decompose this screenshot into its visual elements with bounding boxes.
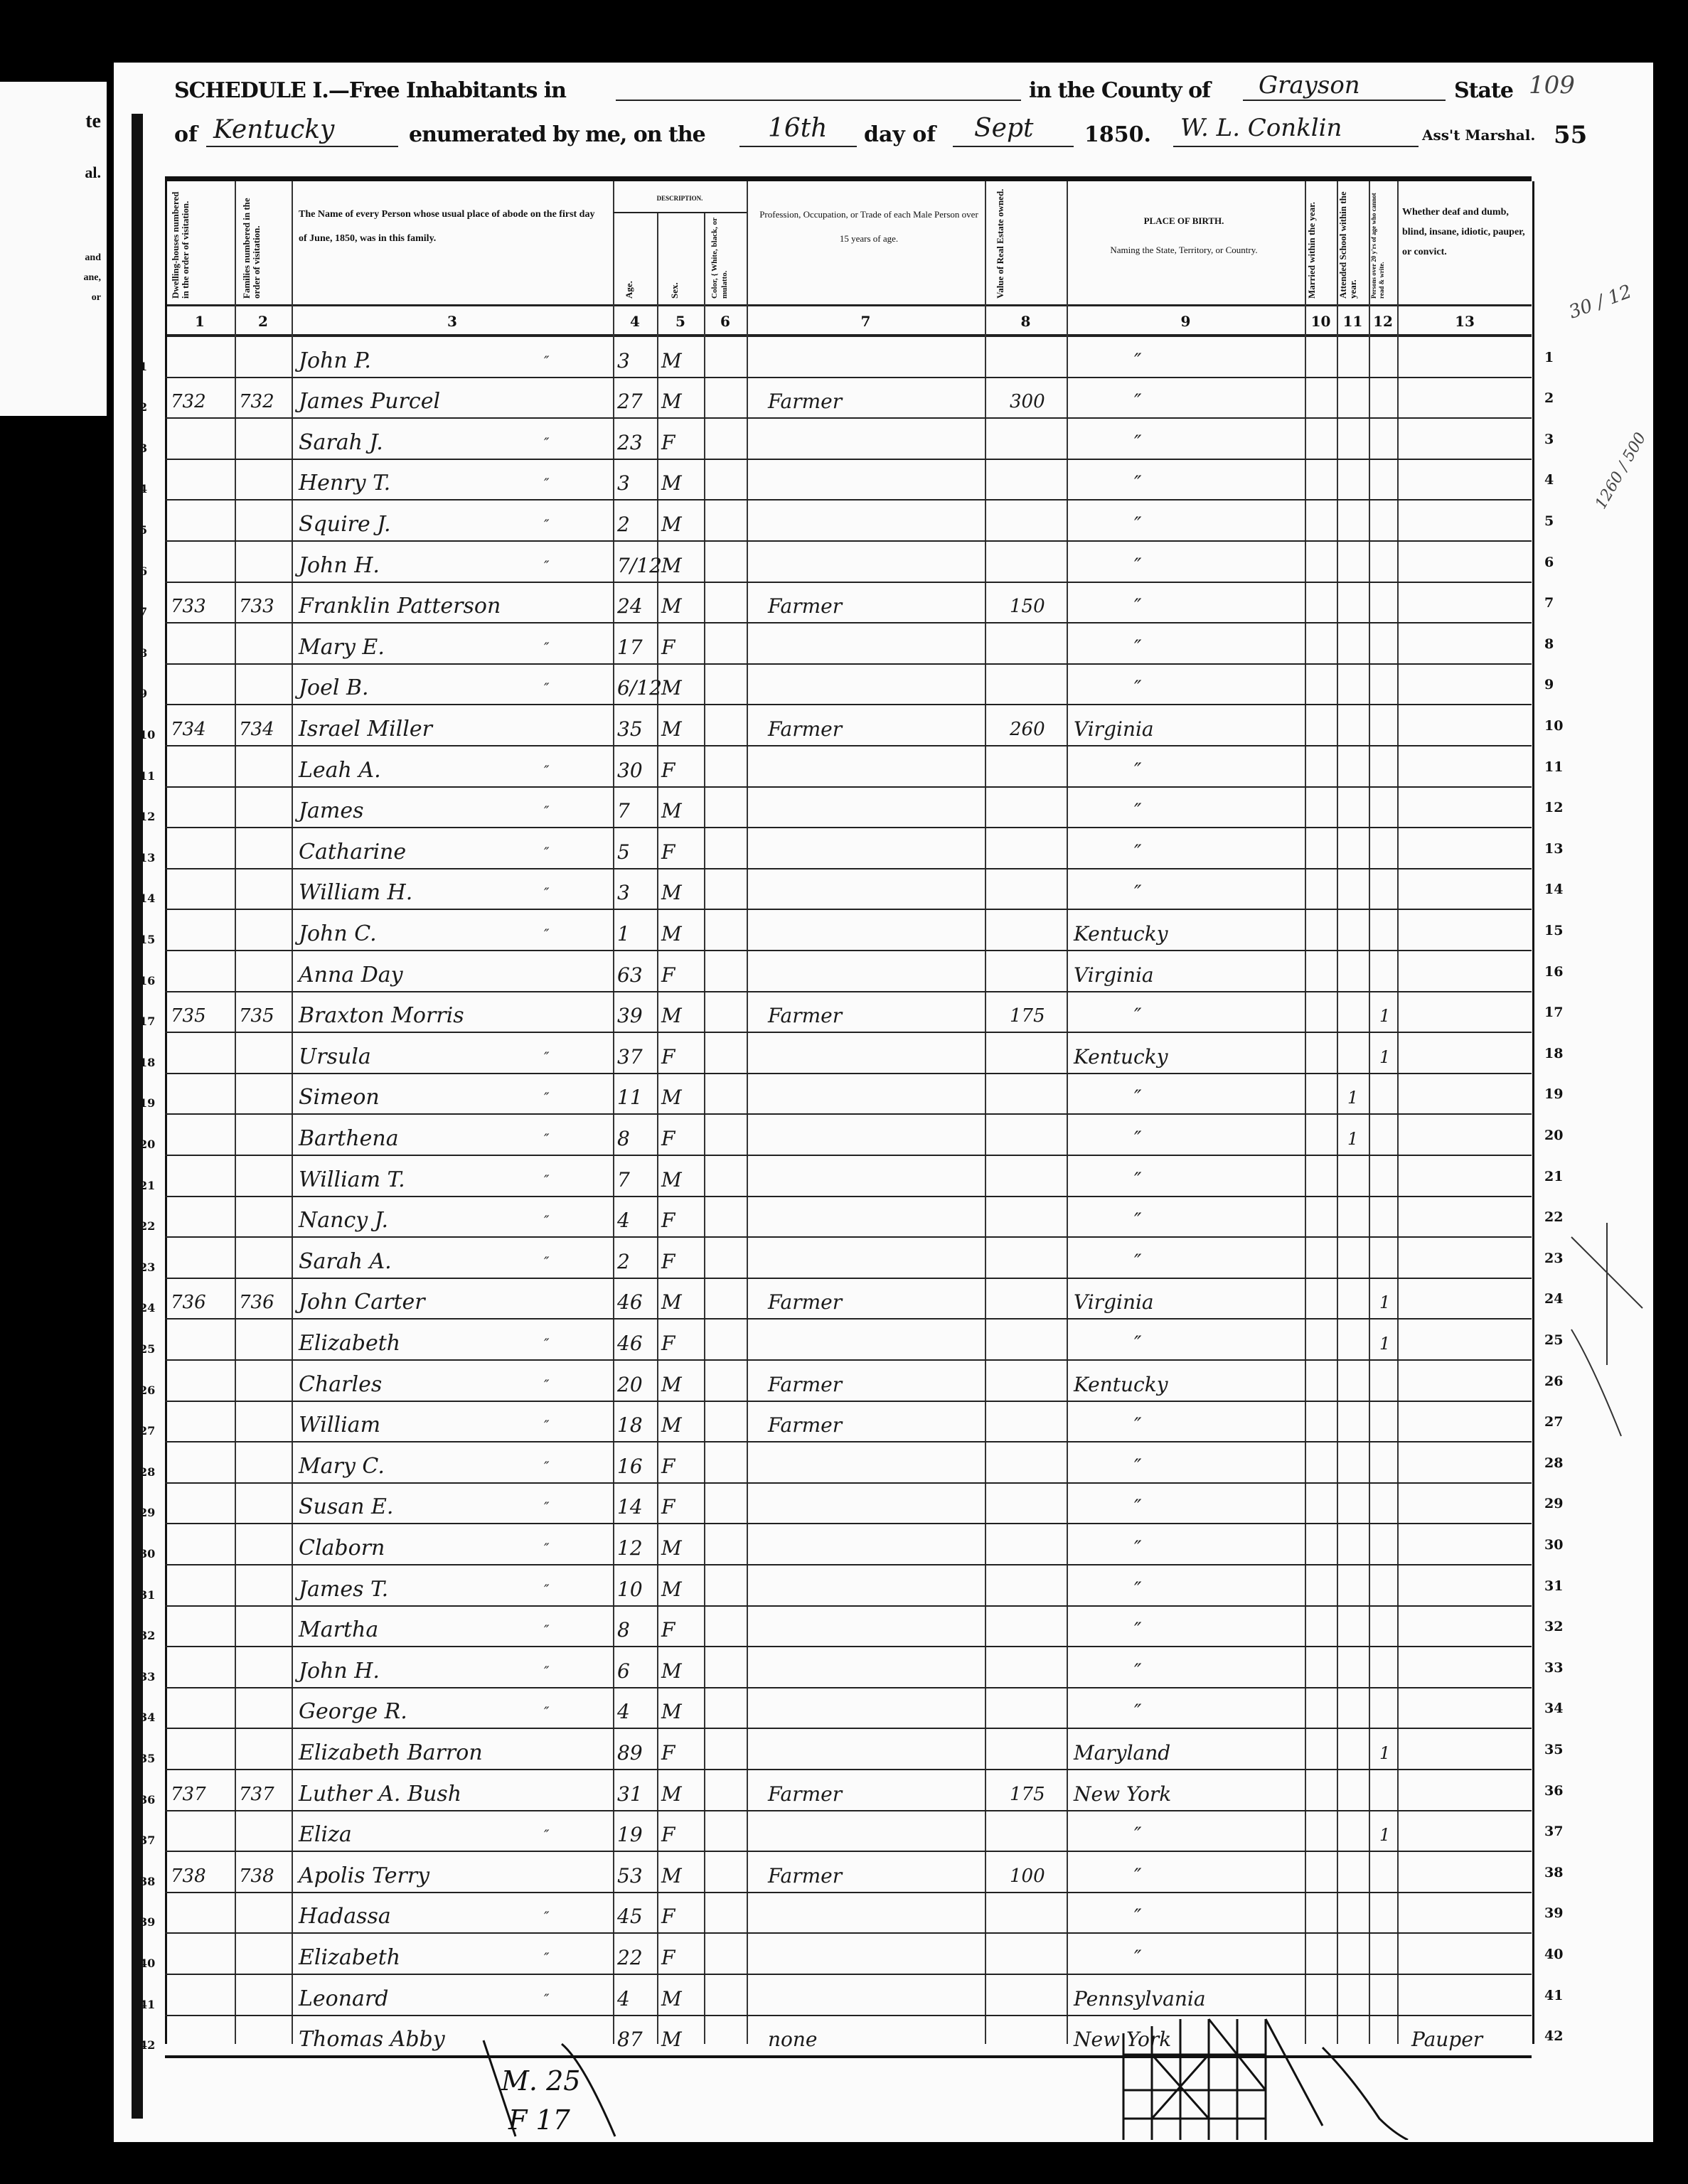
line-number-right: 38 <box>1544 1865 1563 1880</box>
day-of-label: day of <box>864 122 936 147</box>
age: 24 <box>617 592 643 621</box>
col12-header: Persons over 20 y'rs of age who cannot r… <box>1370 188 1396 299</box>
sex: M <box>661 510 682 539</box>
person-name: Eliza <box>299 1821 352 1849</box>
col10-header: Married within the year. <box>1307 188 1335 299</box>
surname-ditto: ″ <box>544 347 549 375</box>
person-name: Susan E. <box>299 1493 393 1521</box>
person-name: John C. <box>299 920 377 948</box>
person-name: Simeon <box>299 1083 380 1112</box>
header-bottom-rule <box>165 304 1532 306</box>
row-rule <box>165 540 1532 542</box>
illiterate-mark: 1 <box>1379 1821 1390 1849</box>
line-number-right: 10 <box>1544 718 1563 734</box>
person-name: Leah A. <box>299 756 381 785</box>
age: 6 <box>617 1657 630 1686</box>
row-rule <box>165 1359 1532 1361</box>
row-rule <box>165 1278 1532 1279</box>
marshal-label: Ass't Marshal. <box>1422 127 1535 144</box>
age: 2 <box>617 510 630 539</box>
birthplace: ″ <box>1134 1248 1141 1276</box>
line-number-right: 23 <box>1544 1251 1563 1266</box>
month-blank <box>953 146 1074 147</box>
day-value: 16th <box>768 114 827 143</box>
birthplace: Pennsylvania <box>1074 1985 1206 2013</box>
occupation: Farmer <box>768 1780 842 1809</box>
state-blank <box>206 146 398 147</box>
line-number-left: 8 <box>139 646 147 660</box>
sex: F <box>661 429 675 457</box>
surname-ditto: ″ <box>544 1616 549 1644</box>
line-number-right: 35 <box>1544 1742 1563 1757</box>
sex: M <box>661 1371 682 1399</box>
row-rule <box>165 1974 1532 1975</box>
sex: M <box>661 1575 682 1604</box>
marshal-blank <box>1173 146 1419 147</box>
person-name: James <box>299 797 364 825</box>
description-rule <box>613 212 747 213</box>
col5-header: Sex. <box>670 263 687 299</box>
person-name: Elizabeth <box>299 1944 400 1972</box>
person-name: Barthena <box>299 1125 399 1153</box>
column-number: 9 <box>1067 313 1305 330</box>
person-name: Ursula <box>299 1043 371 1071</box>
person-name: Franklin Patterson <box>299 592 501 621</box>
birthplace: ″ <box>1134 1616 1141 1644</box>
row-rule <box>165 1073 1532 1074</box>
month-value: Sept <box>974 114 1033 143</box>
description-header: DESCRIPTION. <box>613 191 747 206</box>
age: 16 <box>617 1452 643 1481</box>
column-number: 12 <box>1369 313 1397 330</box>
birthplace: ″ <box>1134 510 1141 539</box>
line-number-right: 13 <box>1544 841 1563 857</box>
surname-ditto: ″ <box>544 1534 549 1563</box>
line-number-right: 24 <box>1544 1291 1563 1307</box>
col2-header: Families numbered in the order of visita… <box>242 188 284 299</box>
family-number: 733 <box>239 592 274 621</box>
person-name: John H. <box>299 1657 380 1686</box>
sex: F <box>661 1329 675 1358</box>
school-mark: 1 <box>1347 1125 1358 1153</box>
line-number-left: 42 <box>139 2038 155 2052</box>
birthplace: ″ <box>1134 1944 1141 1972</box>
row-rule <box>165 459 1532 460</box>
surname-ditto: ″ <box>544 510 549 539</box>
age: 30 <box>617 756 643 785</box>
column-divider <box>292 181 293 2044</box>
line-number-left: 39 <box>139 1915 155 1929</box>
birthplace: ″ <box>1134 1452 1141 1481</box>
row-rule <box>165 1646 1532 1647</box>
surname-ditto: ″ <box>544 838 549 867</box>
birthplace: Kentucky <box>1074 1371 1168 1399</box>
line-number-left: 1 <box>139 360 147 373</box>
line-number-left: 18 <box>139 1056 155 1069</box>
col3-header: The Name of every Person whose usual pla… <box>299 203 604 251</box>
family-number: 736 <box>239 1288 274 1317</box>
line-number-right: 30 <box>1544 1537 1563 1553</box>
column-divider <box>1337 181 1338 2044</box>
birthplace: ″ <box>1134 633 1141 662</box>
line-number-right: 25 <box>1544 1332 1563 1348</box>
birthplace: ″ <box>1134 1002 1141 1030</box>
age: 23 <box>617 429 643 457</box>
line-number-left: 2 <box>139 400 147 414</box>
sex: F <box>661 1125 675 1153</box>
line-number-left: 28 <box>139 1465 155 1479</box>
occupation: Farmer <box>768 1288 842 1317</box>
age: 53 <box>617 1862 643 1890</box>
age: 31 <box>617 1780 643 1809</box>
person-name: Anna Day <box>299 961 403 990</box>
person-name: John P. <box>299 347 371 375</box>
row-rule <box>165 1810 1532 1811</box>
county-value: Grayson <box>1259 71 1360 100</box>
line-number-right: 20 <box>1544 1128 1563 1143</box>
birthplace: Virginia <box>1074 961 1154 990</box>
sex: F <box>661 1493 675 1521</box>
stub-text-4: ane, <box>84 272 102 284</box>
column-number: 10 <box>1305 313 1337 330</box>
occupation: Farmer <box>768 592 842 621</box>
row-rule <box>165 1728 1532 1729</box>
sex: F <box>661 1452 675 1481</box>
occupation: Farmer <box>768 1411 842 1440</box>
age: 14 <box>617 1493 643 1521</box>
age: 27 <box>617 387 643 416</box>
surname-ditto: ″ <box>544 1371 549 1399</box>
person-name: Martha <box>299 1616 378 1644</box>
row-rule <box>165 786 1532 788</box>
occupation: Farmer <box>768 1002 842 1030</box>
col9-header: Naming the State, Territory, or Country. <box>1109 238 1259 262</box>
line-number-left: 9 <box>139 687 147 700</box>
occupation: Farmer <box>768 1862 842 1890</box>
age: 1 <box>617 920 630 948</box>
row-rule <box>165 868 1532 869</box>
page-binding <box>132 114 143 2119</box>
age: 7 <box>617 797 630 825</box>
sex: M <box>661 1288 682 1317</box>
school-mark: 1 <box>1347 1083 1358 1112</box>
sex: M <box>661 674 682 702</box>
line-number-left: 19 <box>139 1096 155 1110</box>
line-number-left: 32 <box>139 1629 155 1642</box>
sex: F <box>661 1944 675 1972</box>
age: 4 <box>617 1206 630 1235</box>
line-number-left: 7 <box>139 605 147 619</box>
age: 10 <box>617 1575 643 1604</box>
dwelling-number: 738 <box>171 1862 206 1890</box>
line-number-right: 12 <box>1544 800 1563 815</box>
stamped-number: 109 <box>1529 71 1575 100</box>
sex: M <box>661 1083 682 1112</box>
occupation: Farmer <box>768 387 842 416</box>
row-rule <box>165 1401 1532 1402</box>
column-number: 3 <box>292 313 613 330</box>
line-number-left: 31 <box>139 1588 155 1602</box>
line-number-right: 9 <box>1544 677 1554 692</box>
surname-ditto: ″ <box>544 1083 549 1112</box>
row-rule <box>165 991 1532 992</box>
line-number-left: 30 <box>139 1547 155 1561</box>
line-number-left: 5 <box>139 523 147 537</box>
line-number-left: 3 <box>139 441 147 455</box>
surname-ditto: ″ <box>544 1493 549 1521</box>
birthplace: ″ <box>1134 1083 1141 1112</box>
row-rule <box>165 663 1532 665</box>
right-margin-sketch <box>1564 1223 1650 1457</box>
birthplace: ″ <box>1134 797 1141 825</box>
birthplace: ″ <box>1134 674 1141 702</box>
line-number-right: 18 <box>1544 1046 1563 1061</box>
age: 63 <box>617 961 643 990</box>
age: 12 <box>617 1534 643 1563</box>
birthplace: ″ <box>1134 1411 1141 1440</box>
row-rule <box>165 1196 1532 1197</box>
col1-header: Dwelling-houses numbered in the order of… <box>171 188 228 299</box>
inhabitants-in-blank <box>616 100 1021 101</box>
age: 3 <box>617 469 630 498</box>
line-number-left: 16 <box>139 974 155 987</box>
col7-header: Profession, Occupation, or Trade of each… <box>755 203 983 251</box>
row-rule <box>165 622 1532 623</box>
age: 18 <box>617 1411 643 1440</box>
col11-header: Attended School within the year. <box>1338 188 1367 299</box>
person-name: George R. <box>299 1698 407 1726</box>
age: 45 <box>617 1902 643 1931</box>
sex: M <box>661 1534 682 1563</box>
surname-ditto: ″ <box>544 1329 549 1358</box>
age: 8 <box>617 1616 630 1644</box>
line-number-right: 1 <box>1544 350 1554 365</box>
line-number-right: 41 <box>1544 1988 1563 2003</box>
person-name: Hadassa <box>299 1902 391 1931</box>
birthplace: New York <box>1074 1780 1171 1809</box>
line-number-left: 14 <box>139 892 155 905</box>
person-name: Charles <box>299 1371 382 1399</box>
person-name: Mary C. <box>299 1452 385 1481</box>
line-number-left: 21 <box>139 1179 155 1192</box>
column-divider <box>165 181 167 2044</box>
row-rule <box>165 1564 1532 1565</box>
line-number-left: 40 <box>139 1956 155 1970</box>
surname-ditto: ″ <box>544 1206 549 1235</box>
person-name: Mary E. <box>299 633 385 662</box>
person-name: James T. <box>299 1575 388 1604</box>
row-rule <box>165 1032 1532 1033</box>
birthplace: Virginia <box>1074 715 1154 744</box>
birthplace: Kentucky <box>1074 920 1168 948</box>
age: 2 <box>617 1248 630 1276</box>
row-rule <box>165 1932 1532 1934</box>
illiterate-mark: 1 <box>1379 1288 1390 1317</box>
birthplace: ″ <box>1134 1862 1141 1890</box>
column-divider <box>747 181 748 2044</box>
surname-ditto: ″ <box>544 1452 549 1481</box>
line-number-left: 41 <box>139 1998 155 2011</box>
row-rule <box>165 1155 1532 1156</box>
line-number-right: 33 <box>1544 1660 1563 1676</box>
table-top-rule <box>165 176 1532 181</box>
sex: F <box>661 1248 675 1276</box>
line-number-left: 22 <box>139 1219 155 1233</box>
column-number: 8 <box>985 313 1067 330</box>
line-number-right: 19 <box>1544 1086 1563 1102</box>
birthplace: Virginia <box>1074 1288 1154 1317</box>
line-number-right: 7 <box>1544 595 1554 611</box>
row-rule <box>165 745 1532 746</box>
row-rule <box>165 499 1532 500</box>
row-rule <box>165 950 1532 951</box>
person-name: Nancy J. <box>299 1206 388 1235</box>
dwelling-number: 736 <box>171 1288 206 1317</box>
real-estate-value: 100 <box>1010 1862 1045 1890</box>
column-number: 2 <box>235 313 292 330</box>
sex: M <box>661 1002 682 1030</box>
age: 17 <box>617 633 643 662</box>
birthplace: ″ <box>1134 879 1141 907</box>
sex: F <box>661 1043 675 1071</box>
surname-ditto: ″ <box>544 1944 549 1972</box>
line-number-right: 32 <box>1544 1619 1563 1634</box>
family-number: 737 <box>239 1780 274 1809</box>
year-label: 1850. <box>1084 122 1151 147</box>
age: 39 <box>617 1002 643 1030</box>
col6-header: Color, { White, black, or mulatto. <box>710 217 741 299</box>
illiterate-mark: 1 <box>1379 1043 1390 1071</box>
row-rule <box>165 1523 1532 1524</box>
column-divider <box>1305 181 1306 2044</box>
age: 46 <box>617 1329 643 1358</box>
line-number-left: 23 <box>139 1260 155 1274</box>
sex: M <box>661 1862 682 1890</box>
sex: F <box>661 838 675 867</box>
age: 89 <box>617 1739 643 1767</box>
surname-ditto: ″ <box>544 797 549 825</box>
sex: M <box>661 1698 682 1726</box>
birthplace: ″ <box>1134 1698 1141 1726</box>
sex: M <box>661 1411 682 1440</box>
dwelling-number: 733 <box>171 592 206 621</box>
age: 11 <box>617 1083 643 1112</box>
birthplace: Kentucky <box>1074 1043 1168 1071</box>
surname-ditto: ″ <box>544 1657 549 1686</box>
previous-page-stub: te al. and ane, or <box>0 82 107 416</box>
line-number-left: 17 <box>139 1015 155 1028</box>
dwelling-number: 734 <box>171 715 206 744</box>
row-rule <box>165 1851 1532 1852</box>
sex: M <box>661 2025 682 2054</box>
col4-header: Age. <box>624 263 641 299</box>
sex: M <box>661 797 682 825</box>
row-rule <box>165 377 1532 378</box>
line-number-right: 42 <box>1544 2028 1563 2044</box>
stub-text-3: and <box>85 252 101 264</box>
surname-ditto: ″ <box>544 1575 549 1604</box>
sex: F <box>661 1206 675 1235</box>
line-number-left: 25 <box>139 1342 155 1356</box>
surname-ditto: ″ <box>544 469 549 498</box>
line-number-right: 39 <box>1544 1905 1563 1921</box>
line-number-right: 8 <box>1544 636 1554 652</box>
person-name: William T. <box>299 1166 405 1194</box>
row-rule <box>165 417 1532 419</box>
birthplace: ″ <box>1134 1657 1141 1686</box>
stub-text-2: al. <box>85 164 101 182</box>
row-rule <box>165 909 1532 910</box>
person-name: Henry T. <box>299 469 390 498</box>
row-rule <box>165 1318 1532 1319</box>
row-rule <box>165 704 1532 705</box>
colnum-bottom-rule <box>165 334 1532 337</box>
surname-ditto: ″ <box>544 1248 549 1276</box>
sex: F <box>661 633 675 662</box>
sex: M <box>661 1985 682 2013</box>
sex: F <box>661 756 675 785</box>
surname-ditto: ″ <box>544 1698 549 1726</box>
county-label: in the County of <box>1029 78 1210 103</box>
surname-ditto: ″ <box>544 1411 549 1440</box>
person-name: Claborn <box>299 1534 385 1563</box>
person-name: Sarah A. <box>299 1248 392 1276</box>
dwelling-number: 735 <box>171 1002 206 1030</box>
line-number-left: 13 <box>139 851 155 864</box>
person-name: Sarah J. <box>299 429 383 457</box>
surname-ditto: ″ <box>544 674 549 702</box>
birthplace: ″ <box>1134 1206 1141 1235</box>
person-name: Israel Miller <box>299 715 432 744</box>
line-number-left: 12 <box>139 810 155 823</box>
line-number-right: 26 <box>1544 1374 1563 1389</box>
line-number-right: 11 <box>1544 759 1563 775</box>
col8-header: Value of Real Estate owned. <box>995 188 1052 299</box>
bottom-doodle <box>1109 2012 1436 2140</box>
birthplace: ″ <box>1134 1575 1141 1604</box>
line-number-left: 37 <box>139 1834 155 1847</box>
row-rule <box>165 1892 1532 1893</box>
line-number-left: 27 <box>139 1424 155 1438</box>
surname-ditto: ″ <box>544 1043 549 1071</box>
person-name: Luther A. Bush <box>299 1780 461 1809</box>
birthplace: ″ <box>1134 1902 1141 1931</box>
column-number: 6 <box>704 313 747 330</box>
sex: M <box>661 387 682 416</box>
age: 35 <box>617 715 643 744</box>
line-number-right: 27 <box>1544 1414 1563 1430</box>
stub-text-5: or <box>92 292 101 304</box>
surname-ditto: ″ <box>544 1985 549 2013</box>
person-name: William H. <box>299 879 412 907</box>
surname-ditto: ″ <box>544 1902 549 1931</box>
occupation: Farmer <box>768 715 842 744</box>
sex: F <box>661 1821 675 1849</box>
family-number: 738 <box>239 1862 274 1890</box>
age: 6/12 <box>617 674 662 702</box>
illiterate-mark: 1 <box>1379 1329 1390 1358</box>
col9-title: PLACE OF BIRTH. <box>1070 213 1298 229</box>
line-number-left: 20 <box>139 1137 155 1151</box>
schedule-title: SCHEDULE I.—Free Inhabitants in <box>174 78 566 103</box>
column-divider <box>613 181 614 2044</box>
real-estate-value: 300 <box>1010 387 1045 416</box>
line-number-left: 10 <box>139 728 155 742</box>
row-rule <box>165 1769 1532 1770</box>
sex: M <box>661 552 682 580</box>
line-number-left: 6 <box>139 564 147 578</box>
tally-bracket <box>441 2033 626 2140</box>
